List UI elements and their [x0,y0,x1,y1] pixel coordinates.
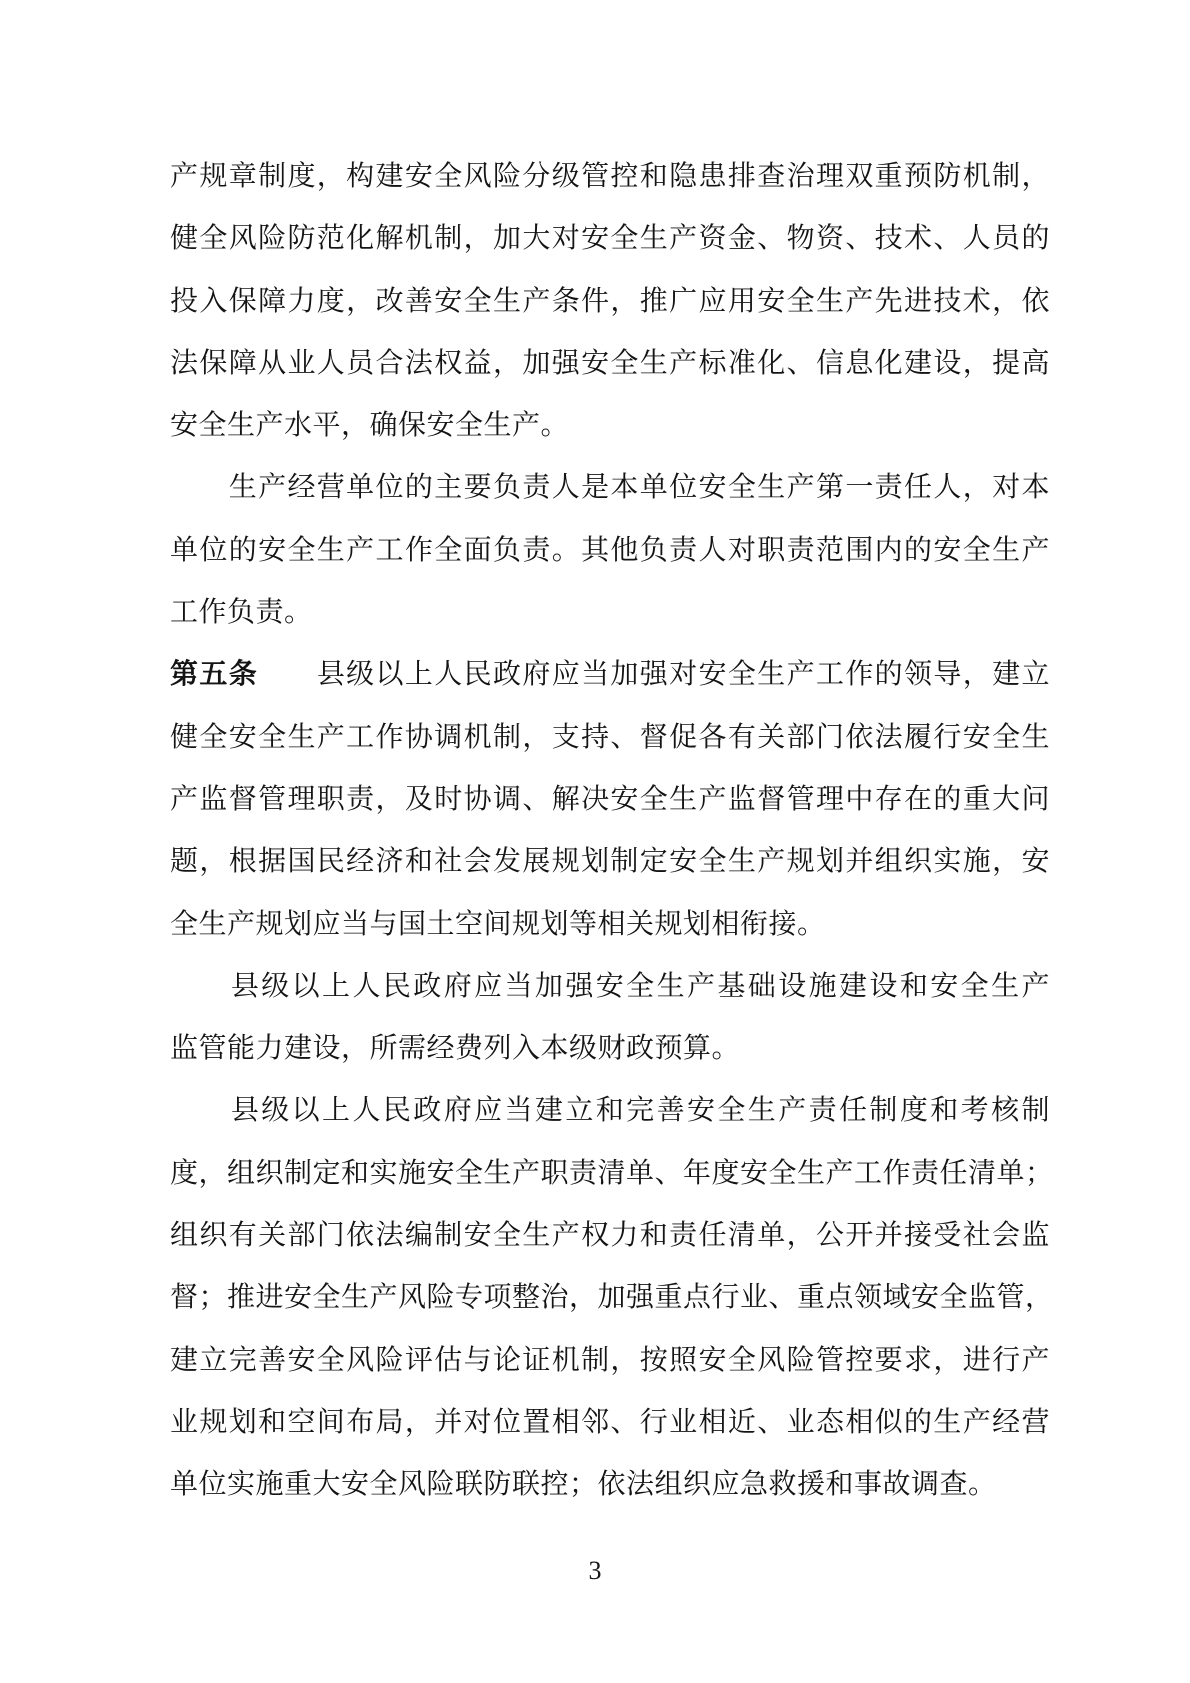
article-first-line-text: 县级以上人民政府应当加强对安全生产工作的领导，建立 [258,659,1050,690]
text-line: 题，根据国民经济和社会发展规划制定安全生产规划并组织实施，安 [170,831,1050,893]
page-number: 3 [0,1556,1190,1586]
text-line: 产监督管理职责，及时协调、解决安全生产监督管理中存在的重大问 [170,769,1050,831]
text-line: 监管能力建设，所需经费列入本级财政预算。 [170,1018,1050,1080]
text-line: 度，组织制定和实施安全生产职责清单、年度安全生产工作责任清单； [170,1143,1050,1205]
text-line: 建立完善安全风险评估与论证机制，按照安全风险管控要求，进行产 [170,1330,1050,1392]
text-line: 健全安全生产工作协调机制，支持、督促各有关部门依法履行安全生 [170,707,1050,769]
text-line: 县级以上人民政府应当加强安全生产基础设施建设和安全生产 [170,956,1050,1018]
article-number-label: 第五条 [170,659,258,690]
text-line: 生产经营单位的主要负责人是本单位安全生产第一责任人，对本 [170,457,1050,519]
text-line: 投入保障力度，改善安全生产条件，推广应用安全生产先进技术，依 [170,271,1050,333]
text-line: 组织有关部门依法编制安全生产权力和责任清单，公开并接受社会监 [170,1205,1050,1267]
document-page: 产规章制度，构建安全风险分级管控和隐患排查治理双重预防机制， 健全风险防范化解机… [0,0,1190,1683]
text-line: 健全风险防范化解机制，加大对安全生产资金、物资、技术、人员的 [170,208,1050,270]
text-line-article-start: 第五条 县级以上人民政府应当加强对安全生产工作的领导，建立 [170,644,1050,706]
text-line: 单位的安全生产工作全面负责。其他负责人对职责范围内的安全生产 [170,520,1050,582]
text-line: 全生产规划应当与国土空间规划等相关规划相衔接。 [170,894,1050,956]
text-line: 督；推进安全生产风险专项整治，加强重点行业、重点领域安全监管， [170,1267,1050,1329]
text-line: 单位实施重大安全风险联防联控；依法组织应急救援和事故调查。 [170,1454,1050,1516]
text-line: 法保障从业人员合法权益，加强安全生产标准化、信息化建设，提高 [170,333,1050,395]
text-line: 产规章制度，构建安全风险分级管控和隐患排查治理双重预防机制， [170,146,1050,208]
body-text: 产规章制度，构建安全风险分级管控和隐患排查治理双重预防机制， 健全风险防范化解机… [170,146,1050,1517]
text-line: 工作负责。 [170,582,1050,644]
text-line: 安全生产水平，确保安全生产。 [170,395,1050,457]
text-line: 业规划和空间布局，并对位置相邻、行业相近、业态相似的生产经营 [170,1392,1050,1454]
text-line: 县级以上人民政府应当建立和完善安全生产责任制度和考核制 [170,1080,1050,1142]
